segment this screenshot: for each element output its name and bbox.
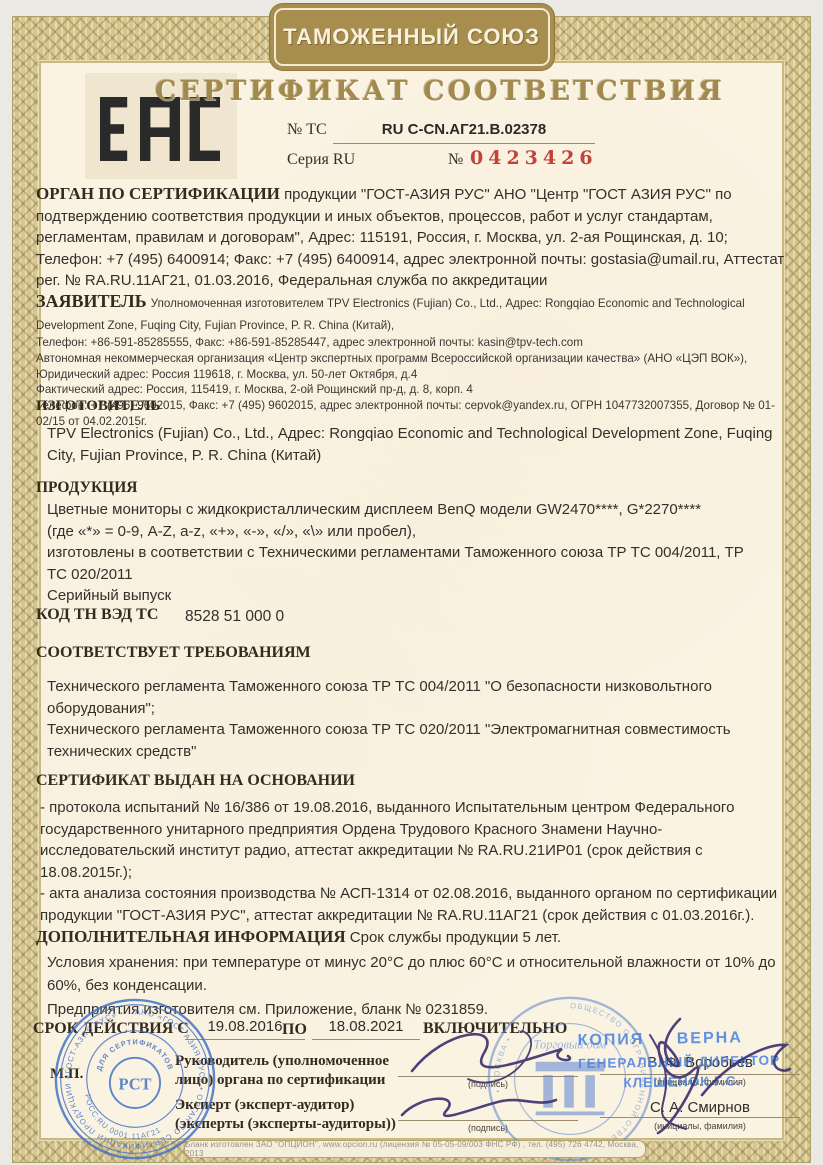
section-certification-body: ОРГАН ПО СЕРТИФИКАЦИИ продукции "ГОСТ-АЗ… [36, 183, 786, 292]
certificate-number-underline [333, 122, 595, 144]
additional-info-heading: ДОПОЛНИТЕЛЬНАЯ ИНФОРМАЦИЯ [36, 927, 346, 946]
stamp-inner-label: ДЛЯ СЕРТИФИКАТОВ [94, 1037, 175, 1072]
round-certification-stamp: АНО «ГОСТ АЗИЯ РУС» • ОРГАН ПО СЕРТИФИКА… [32, 998, 237, 1162]
additional-info-line: Условия хранения: при температуре от мин… [47, 951, 795, 997]
product-text: Цветные мониторы с жидкокристаллическим … [47, 499, 752, 607]
requirements-heading: СООТВЕТСТВУЕТ ТРЕБОВАНИЯМ [36, 642, 311, 664]
applicant-line: Автономная некоммерческая организация «Ц… [36, 351, 789, 367]
director-signature-tail [702, 1045, 790, 1095]
tnved-code-heading: КОД ТН ВЭД ТС [36, 604, 158, 626]
svg-text:ДЛЯ СЕРТИФИКАТОВ: ДЛЯ СЕРТИФИКАТОВ [94, 1037, 175, 1072]
series-number: 0423426 [470, 147, 598, 169]
customs-union-plaque: ТАМОЖЕННЫЙ СОЮЗ [274, 8, 550, 66]
document-title: СЕРТИФИКАТ СООТВЕТСТВИЯ [120, 76, 760, 107]
additional-info-intro: Срок службы продукции 5 лет. [350, 929, 561, 946]
series-no-sign: № [448, 151, 463, 169]
customs-union-title: ТАМОЖЕННЫЙ СОЮЗ [283, 24, 540, 50]
head-signature-flourish [468, 1031, 531, 1083]
requirement-item: Технического регламента Таможенного союз… [47, 676, 757, 719]
requirement-item: Технического регламента Таможенного союз… [47, 719, 757, 762]
section-additional-info: ДОПОЛНИТЕЛЬНАЯ ИНФОРМАЦИЯ Срок службы пр… [36, 926, 788, 949]
stamp-rst-monogram: РСТ [118, 1075, 151, 1094]
applicant-line: Телефон: +86-591-85285555, Факс: +86-591… [36, 335, 789, 351]
certificate-page: ТАМОЖЕННЫЙ СОЮЗ СЕРТИФИКАТ СООТВЕТСТВИЯ … [0, 0, 823, 1165]
basis-text: - протокола испытаний № 16/386 от 19.08.… [40, 797, 780, 926]
fine-print-text: Бланк изготовлен ЗАО "ОПЦИОН", www.opcio… [185, 1140, 645, 1158]
manufacturer-heading: ИЗГОТОВИТЕЛЬ [36, 396, 160, 418]
product-line: изготовлены в соответствии с Техническим… [47, 542, 752, 585]
director-signature-flourish [650, 1035, 686, 1129]
applicant-line: Юридический адрес: Россия 119618, г. Мос… [36, 367, 789, 383]
certification-body-heading: ОРГАН ПО СЕРТИФИКАЦИИ [36, 184, 280, 203]
product-heading: ПРОДУКЦИЯ [36, 477, 138, 499]
blank-manufacturer-strip: Бланк изготовлен ЗАО "ОПЦИОН", www.opcio… [184, 1140, 646, 1158]
basis-heading: СЕРТИФИКАТ ВЫДАН НА ОСНОВАНИИ [36, 770, 355, 792]
ink-signatures [350, 1003, 820, 1163]
expert-signature [402, 1099, 556, 1116]
product-line: (где «*» = 0-9, A-Z, a-z, «+», «-», «/»,… [47, 521, 752, 543]
head-signature [412, 1034, 570, 1071]
basis-item: - акта анализа состояния производства № … [40, 883, 780, 926]
applicant-heading: ЗАЯВИТЕЛЬ [36, 291, 147, 311]
product-line: Цветные мониторы с жидкокристаллическим … [47, 499, 752, 521]
certificate-number-label: № ТС [287, 121, 327, 139]
basis-item: - протокола испытаний № 16/386 от 19.08.… [40, 797, 780, 883]
requirements-text: Технического регламента Таможенного союз… [47, 676, 757, 762]
manufacturer-text: TPV Electronics (Fujian) Co., Ltd., Адре… [47, 423, 782, 466]
series-label: Серия RU [287, 151, 355, 169]
validity-to-label: ПО [282, 1019, 307, 1041]
tnved-code-value: 8528 51 000 0 [185, 606, 284, 628]
